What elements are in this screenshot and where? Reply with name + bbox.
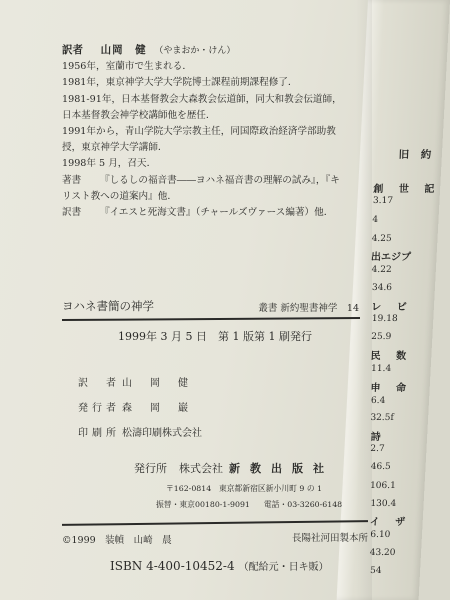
index-ref: 130.4 — [370, 499, 396, 509]
publisher-name: 新教出版社 — [229, 462, 334, 475]
index-ref: 19.18 — [372, 314, 398, 324]
index-ref: 25.9 — [371, 332, 391, 342]
index-ref: 46.5 — [371, 462, 391, 472]
isbn-line: ISBN 4-400-10452-4（配給元・日キ販） — [110, 558, 329, 573]
works-tag: 訳書 — [62, 205, 100, 221]
credit-role: 訳 者 — [78, 374, 122, 389]
credit-role: 印刷所 — [78, 424, 122, 439]
index-ref: 6.10 — [370, 530, 390, 540]
distribution: （配給元・日キ販） — [239, 562, 329, 573]
bio-line: 1998年 5 月，召天． — [62, 156, 357, 172]
index-book: 創 世 記 — [373, 180, 440, 195]
bio-line: 1991年から，青山学院大学宗教主任，同国際政治経済学部助教 — [62, 124, 357, 140]
index-ref: 4.22 — [371, 265, 391, 275]
publisher-block: 発行所株式会社新教出版社 〒162-0814 東京都新宿区新小川町 9 の 1 … — [134, 460, 374, 510]
index-ref: 34.6 — [372, 283, 392, 293]
credits: 訳 者 山岡健 発行者 森岡巌 印刷所 松濤印刷株式会社 — [78, 374, 206, 449]
translator-reading: （やまおか・けん） — [154, 46, 235, 56]
index-ref: 32.5f — [370, 413, 394, 423]
bio-line: 授，東京神学大学講師． — [62, 140, 357, 156]
bio-line: 1981-91年，日本基督教会大森教会伝道師，同大和教会伝道師， — [62, 92, 357, 108]
works-text: 『しるしの福音書――ヨハネ福音書の理解の試み』，『キ — [100, 175, 340, 186]
binder: 長陽社河田製本所 — [292, 530, 368, 544]
index-ref: 4 — [372, 215, 378, 225]
credit-issuer: 発行者 森岡巌 — [78, 399, 206, 413]
index-book: レ ビ — [371, 298, 413, 313]
works-text: 『イエスと死海文書』（チャールズヴァース編著）他． — [100, 207, 333, 218]
index-book: 民 数 — [370, 347, 412, 362]
bio-line: 日本基督教会神学校講師他を歴任． — [62, 108, 357, 124]
index-ref: 11.4 — [371, 364, 391, 374]
index-ref: 2.7 — [370, 444, 385, 454]
bio-label: 訳者 — [62, 44, 83, 56]
publisher-name-row: 発行所株式会社新教出版社 — [134, 460, 374, 476]
index-heading: 旧 約 — [398, 147, 435, 162]
publication-date: 1999年 3 月 5 日 第 1 版第 1 刷発行 — [118, 328, 312, 344]
copyright: ©1999 装幀 山崎 晨 — [62, 532, 172, 546]
publisher-corp: 株式会社 — [179, 462, 223, 475]
bio-works-line: 訳書『イエスと死海文書』（チャールズヴァース編著）他． — [62, 205, 357, 221]
credit-name: 松濤印刷株式会社 — [122, 424, 202, 439]
index-book: 申 命 — [370, 379, 412, 394]
index-book: イ ザ — [370, 513, 412, 528]
credit-name: 森岡巌 — [122, 399, 206, 414]
index-ref: 3.17 — [373, 196, 393, 206]
works-tag: 著書 — [62, 173, 100, 189]
index-ref: 106.1 — [370, 481, 396, 491]
bio-line: 1981年，東京神学大学大学院博士課程前期課程修了． — [62, 75, 357, 91]
translator-name: 山岡 健 — [101, 44, 147, 56]
publisher-phone: 電話・03-3260-6148 — [264, 500, 342, 509]
index-ref: 43.20 — [370, 548, 396, 558]
index-book: 出エジプ — [371, 248, 412, 263]
bio-works-line: リスト教への道案内』他． — [62, 189, 357, 205]
works-text: リスト教への道案内』他． — [62, 191, 177, 202]
index-book: 詩 — [371, 428, 388, 443]
bio-header: 訳者 山岡 健 （やまおか・けん） — [62, 42, 357, 59]
index-ref: 4.25 — [371, 234, 391, 244]
publisher-transfer: 振替・東京00180-1-9091 — [156, 500, 250, 509]
bio-works-line: 著書『しるしの福音書――ヨハネ福音書の理解の試み』，『キ — [62, 173, 357, 189]
bio-line: 1956年，室蘭市で生まれる． — [62, 59, 357, 75]
index-ref: 54 — [370, 566, 382, 576]
publisher-address: 〒162-0814 東京都新宿区新小川町 9 の 1 — [134, 483, 374, 494]
credit-name: 山岡健 — [122, 374, 206, 389]
credit-translator: 訳 者 山岡健 — [78, 374, 206, 388]
publisher-label: 発行所 — [134, 462, 167, 475]
index-ref: 6.4 — [371, 396, 386, 406]
credit-printer: 印刷所 松濤印刷株式会社 — [78, 424, 206, 438]
isbn: ISBN 4-400-10452-4 — [110, 559, 235, 573]
credit-role: 発行者 — [78, 399, 122, 414]
publisher-contact: 振替・東京00180-1-9091電話・03-3260-6148 — [134, 499, 374, 510]
translator-bio: 訳者 山岡 健 （やまおか・けん） 1956年，室蘭市で生まれる． 1981年，… — [62, 42, 357, 221]
book-title: ヨハネ書簡の神学 — [62, 298, 154, 314]
series-name: 叢書 新約聖書神学 14 — [258, 300, 359, 314]
